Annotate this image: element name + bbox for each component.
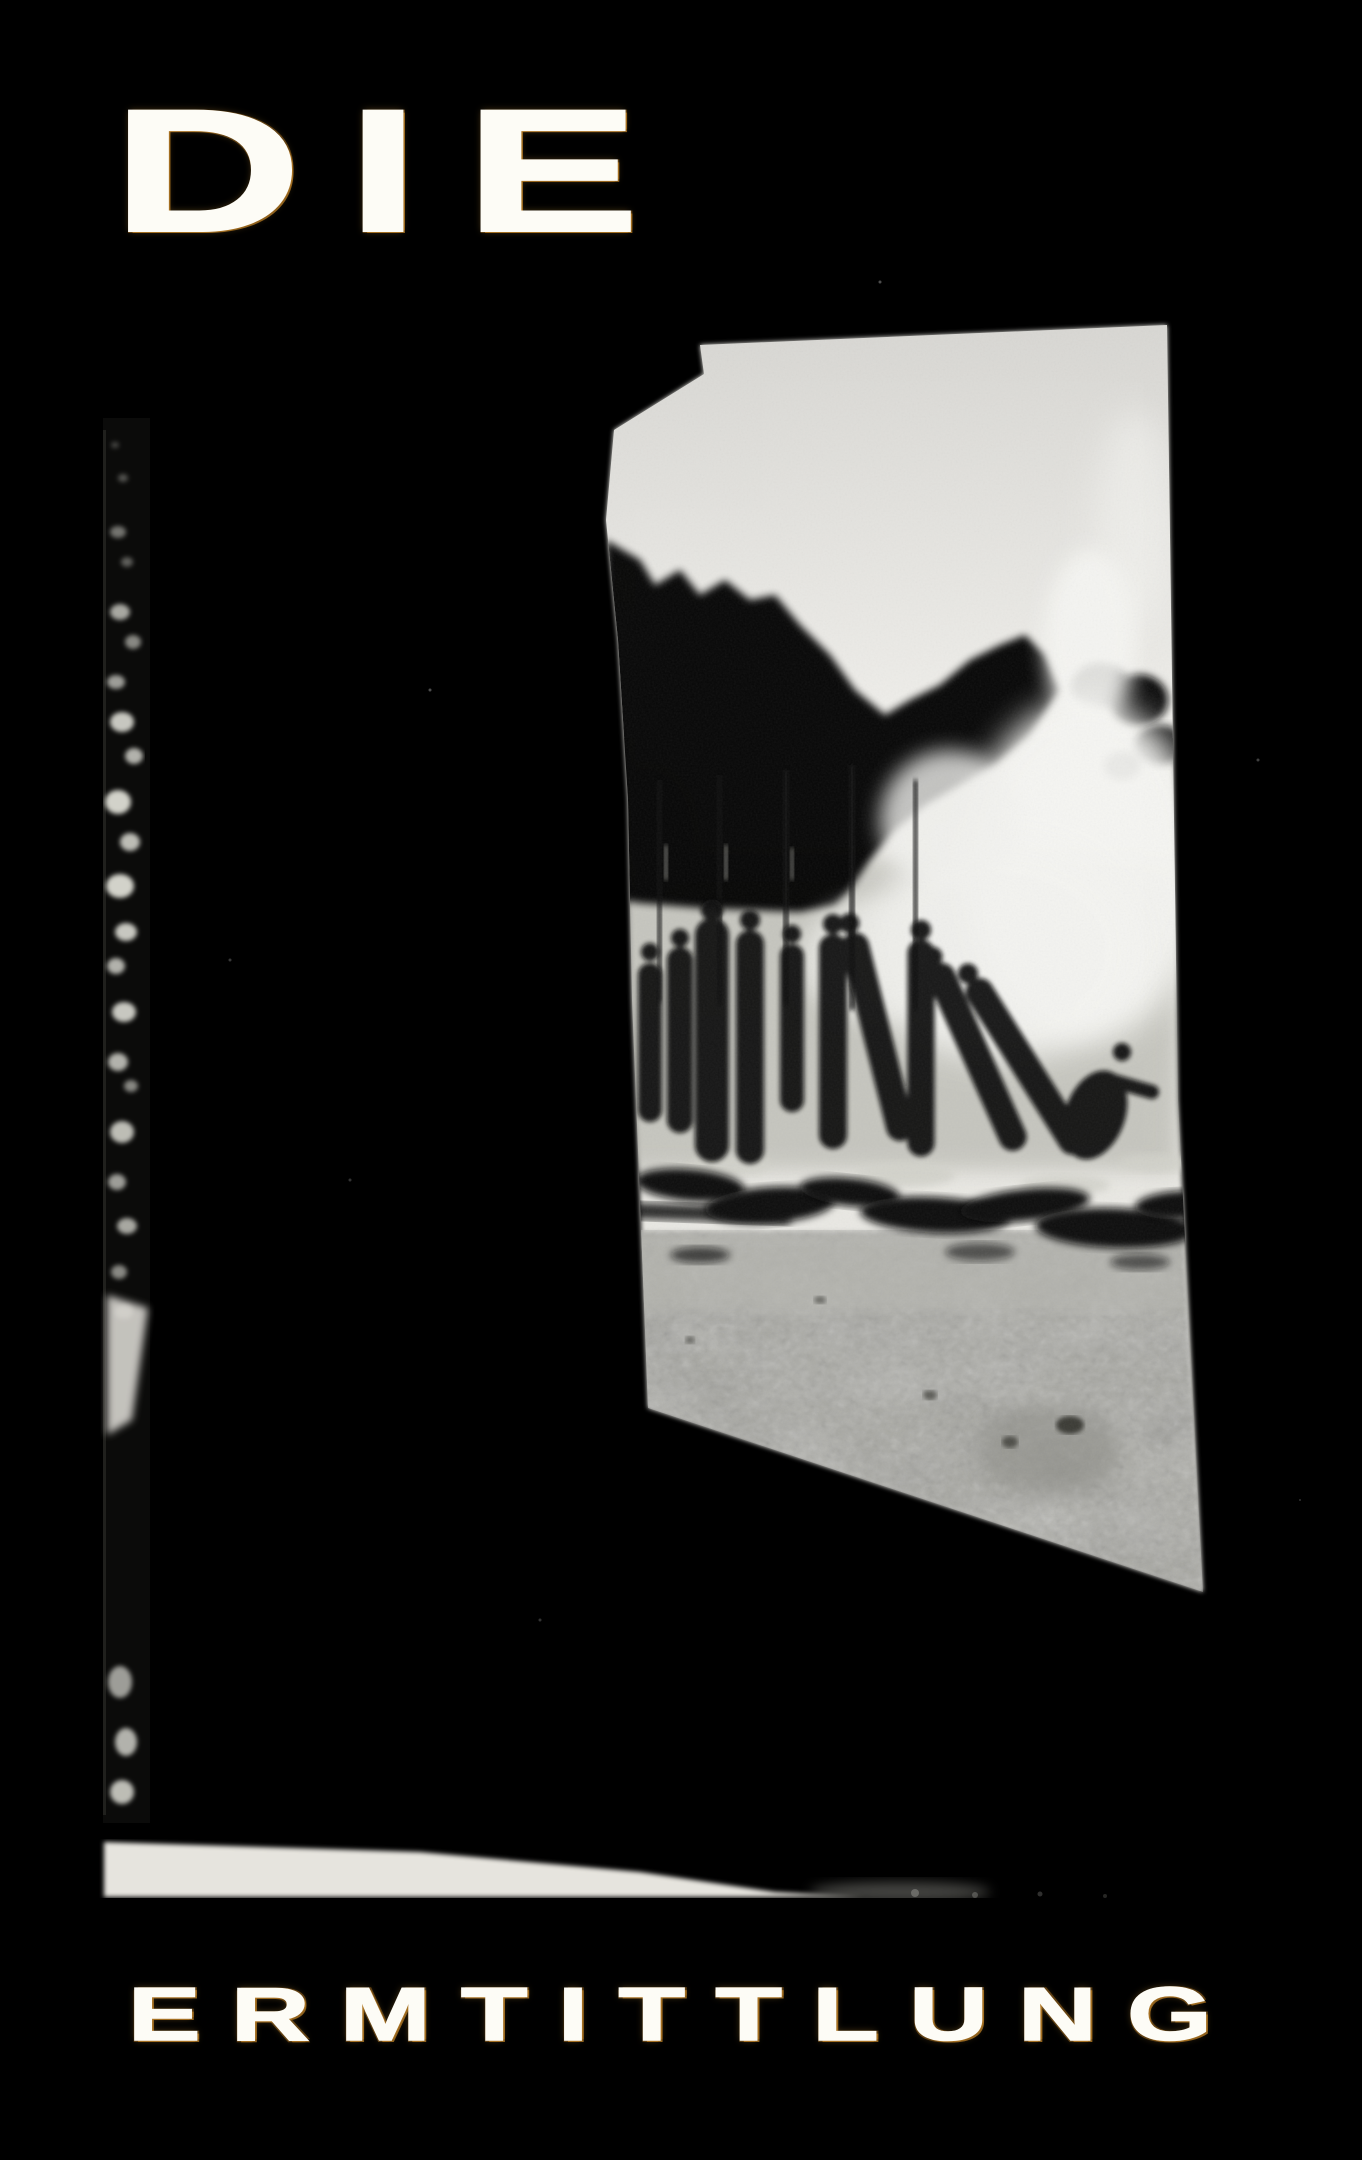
poster: DIE ERMTITTLUNG (0, 0, 1362, 2160)
title-ermtittlung: ERMTITTLUNG (128, 1977, 1242, 2052)
film-grain (600, 318, 1210, 1608)
title-die: DIE (112, 84, 685, 259)
foliage-strip (103, 418, 150, 1823)
archival-photo (0, 0, 1362, 2160)
